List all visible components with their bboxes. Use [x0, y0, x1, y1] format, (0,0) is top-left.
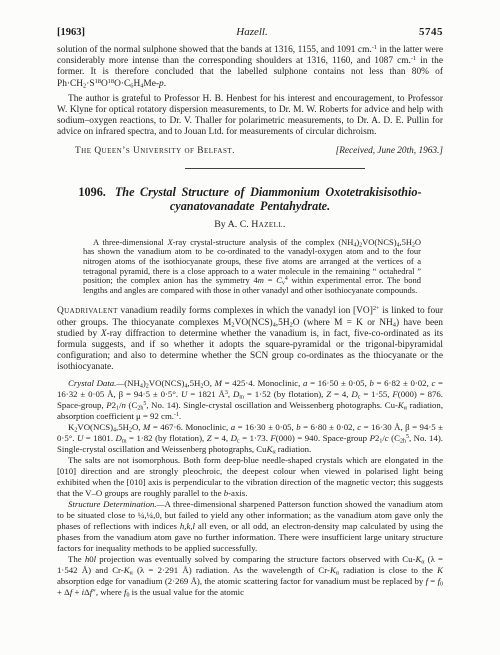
- text-run: K: [437, 565, 443, 575]
- text-run: O: [101, 79, 108, 89]
- text-run: The salts are not isomorphous. Both form…: [57, 455, 443, 498]
- article-byline: By A. C. Hazell.: [57, 219, 443, 230]
- article-abstract: A three-dimensional X-ray crystal-struct…: [83, 238, 421, 296]
- structure-determination-paragraph: Structure Determination.—A three-dimensi…: [57, 499, 443, 554]
- article-title-block: 1096.The Crystal Structure of Diammonium…: [57, 185, 443, 230]
- text-run: projection was eventually solved by comp…: [96, 554, 415, 564]
- text-run: (λ = 2·291 Å) radiation. As the waveleng…: [133, 565, 330, 575]
- text-run: radiation.: [276, 444, 312, 454]
- crystal-description-paragraph: The salts are not isomorphous. Both form…: [57, 455, 443, 499]
- text-run: ·S: [86, 79, 94, 89]
- text-run: = 4,: [331, 389, 351, 399]
- article-title-line-2: cyanatovanadate Pentahydrate.: [57, 199, 443, 214]
- text-run: + Δ: [57, 587, 70, 597]
- text-run: Quadrivalent: [57, 306, 118, 316]
- text-run: The Crystal Structure of Diammonium Oxot…: [115, 185, 422, 199]
- text-run: = 467·6. Monoclinic,: [150, 422, 230, 432]
- text-run: VO(NCS): [235, 318, 273, 328]
- received-date: [Received, June 20th, 1963.]: [336, 146, 443, 156]
- text-run: (C: [126, 400, 137, 410]
- text-run: 1096.: [78, 185, 105, 199]
- text-run: , No. 14). Single-crystal oscillation an…: [146, 400, 398, 410]
- text-run: Me-: [143, 79, 159, 89]
- text-run: O·C: [114, 79, 130, 89]
- acknowledgements-paragraph: The author is grateful to Professor H. B…: [57, 94, 443, 139]
- text-run: = 16·50 ± 0·05,: [307, 378, 369, 388]
- text-run: VO(NCS): [149, 378, 185, 388]
- text-run: = 1·55,: [360, 389, 392, 399]
- running-head-author: Hazell.: [236, 26, 267, 38]
- text-run: h,k,l: [180, 521, 195, 531]
- text-run: = 1·82 (by flotation),: [127, 433, 207, 443]
- text-run: (000) = 940. Space-group: [276, 433, 370, 443]
- text-run: -ray diffraction to determine whether th…: [57, 329, 443, 373]
- running-head-page-number: 5745: [419, 26, 443, 38]
- text-run: The: [68, 554, 85, 564]
- text-run: (C: [389, 433, 400, 443]
- text-run: ,5H: [187, 378, 200, 388]
- text-run: 0: [440, 581, 443, 587]
- text-run: ″, where: [92, 587, 124, 597]
- crystal-data-paragraph: Crystal Data.—(NH4)2VO(NCS)4,5H2O, M = 4…: [57, 378, 443, 422]
- text-run: 2+: [373, 305, 380, 312]
- section-divider-rule: [185, 168, 365, 169]
- text-run: radiation is close to the: [339, 565, 437, 575]
- text-run: Hazell.: [251, 219, 286, 230]
- text-run: .: [179, 411, 181, 421]
- text-run: VO(NCS): [77, 422, 113, 432]
- text-run: = 1·73.: [240, 433, 271, 443]
- intro-paragraph: Quadrivalent vanadium readily forms comp…: [57, 306, 443, 373]
- text-run: is the usual value for the atomic: [129, 587, 244, 597]
- affiliation: The Queen’s University of Belfast.: [75, 146, 235, 156]
- text-run: =: [264, 275, 276, 285]
- text-run: ,5H: [399, 237, 412, 247]
- journal-page-scan: [1963] Hazell. 5745 solution of the norm…: [0, 0, 500, 655]
- text-run: = 16·30 ± 0·05,: [235, 422, 296, 432]
- text-run: ,5H: [116, 422, 129, 432]
- text-run: O,: [132, 422, 143, 432]
- article-title-line-1: 1096.The Crystal Structure of Diammonium…: [57, 185, 443, 200]
- text-run: Structure Determination.—: [68, 499, 164, 509]
- running-head: [1963] Hazell. 5745: [57, 26, 443, 38]
- text-run: = 4,: [212, 433, 231, 443]
- text-run: solution of the normal sulphone showed t…: [57, 45, 372, 55]
- text-run: By A. C.: [214, 219, 251, 230]
- text-run: = 425·4. Monoclinic,: [222, 378, 303, 388]
- text-run: Crystal Data.—: [68, 378, 124, 388]
- text-run: .: [164, 79, 166, 89]
- text-run: = 6·82 ± 0·02,: [374, 378, 432, 388]
- text-run: M: [215, 378, 222, 388]
- affiliation-row: The Queen’s University of Belfast. [Rece…: [57, 146, 443, 156]
- text-run: VO(NCS): [362, 237, 396, 247]
- text-run: cyanatovanadate Pentahydrate.: [170, 199, 330, 213]
- text-run: +: [72, 587, 81, 597]
- text-run: ,5H: [276, 318, 290, 328]
- text-run: A three-dimensional: [93, 237, 168, 247]
- text-run: = 6·80 ± 0·02,: [301, 422, 358, 432]
- text-run: O,: [203, 378, 214, 388]
- text-run: = 1801.: [83, 433, 115, 443]
- potassium-salt-paragraph: K2VO(NCS)4,5H2O, M = 467·6. Monoclinic, …: [57, 422, 443, 455]
- text-run: =: [428, 576, 438, 586]
- text-run: vanadium readily forms complexes in whic…: [118, 306, 373, 316]
- text-run: = 1821 Å: [187, 389, 225, 399]
- running-head-year: [1963]: [57, 27, 85, 38]
- text-run: absorption edge for vanadium (2·269 Å), …: [57, 576, 426, 586]
- prev-article-closing-paragraph: solution of the normal sulphone showed t…: [57, 45, 443, 90]
- text-run: (NH: [124, 378, 140, 388]
- text-run: -axis.: [228, 488, 247, 498]
- projection-paragraph: The h0l projection was eventually solved…: [57, 554, 443, 598]
- text-run: O (where M = K or NH: [293, 318, 393, 328]
- text-run: = 1·52 (by flotation),: [244, 389, 326, 399]
- text-run: -ray crystal-structure analysis of the c…: [173, 237, 354, 247]
